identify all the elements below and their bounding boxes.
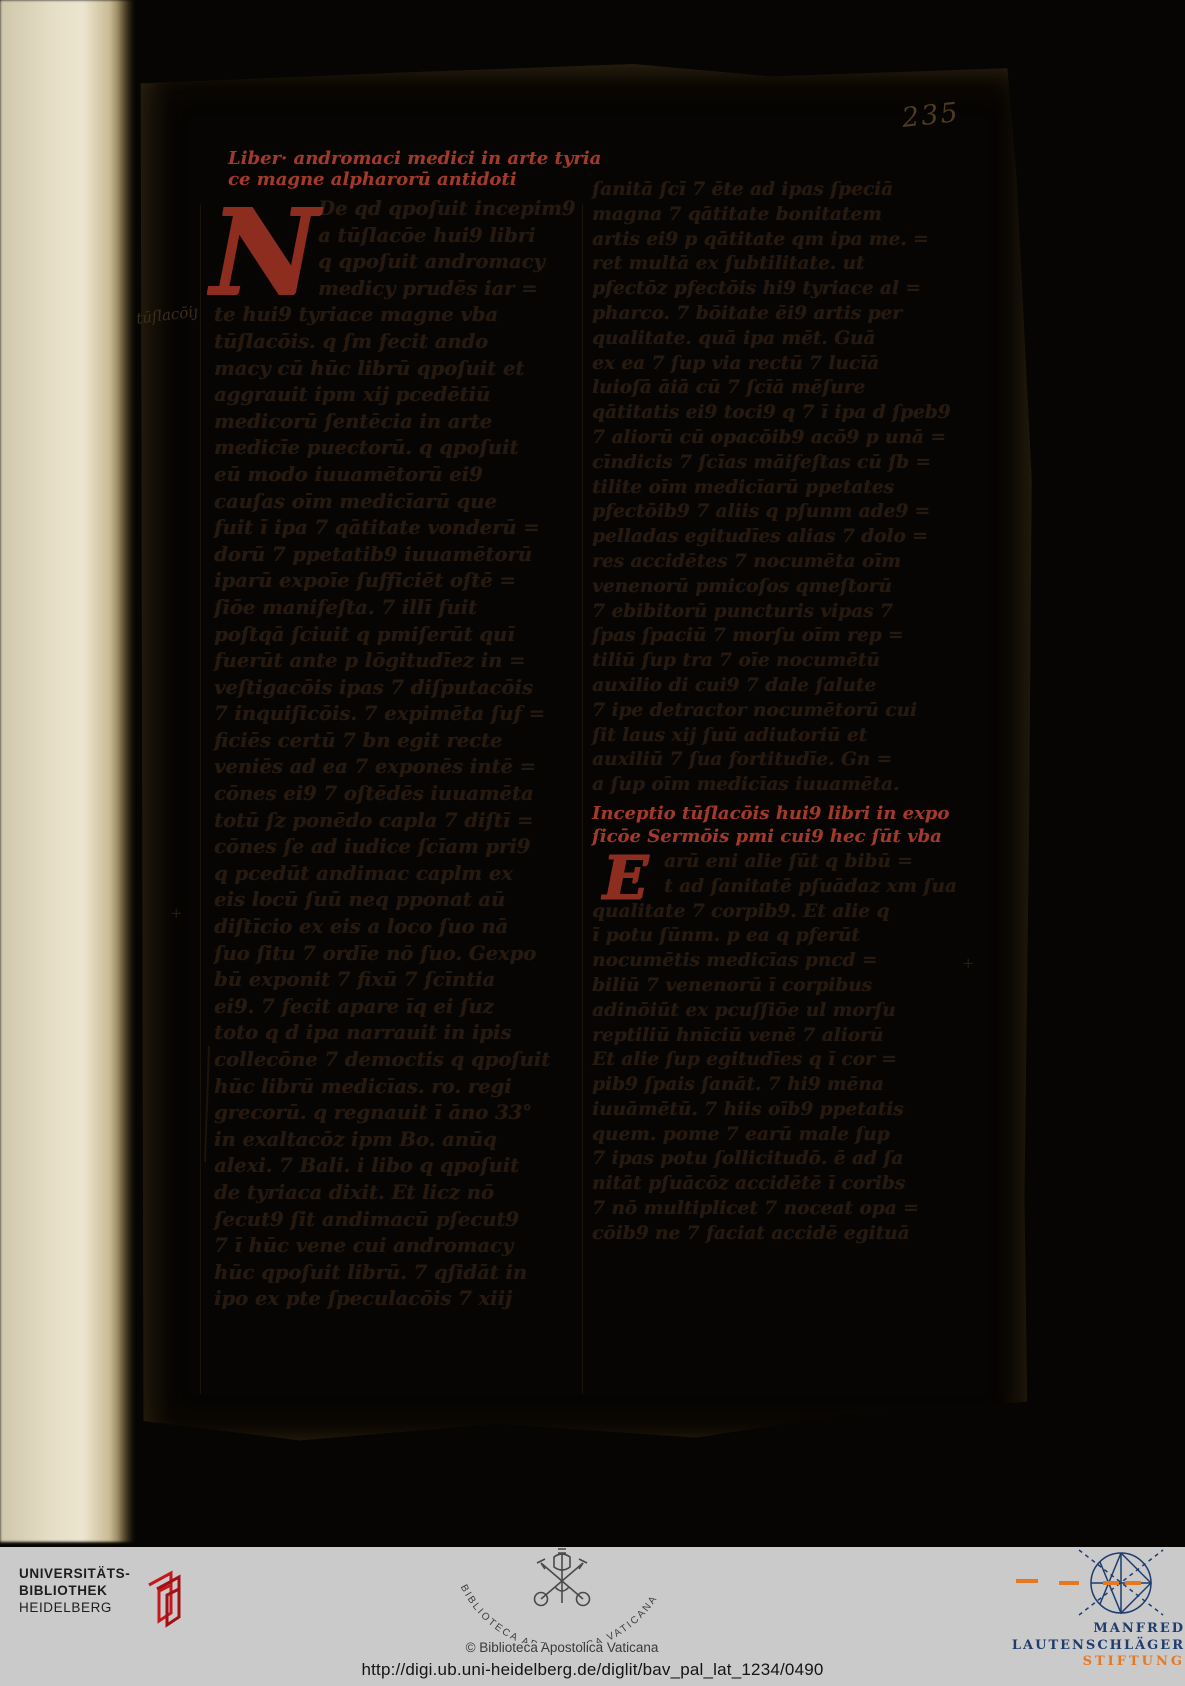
vatican-emblem-block: BIBLIOTECA APOSTOLICA VATICANA © Bibliot… [392, 1547, 732, 1655]
stiftung-line1: MANFRED [1012, 1621, 1185, 1638]
text-column-left: N De qd qpoſuit incepim9a tūſlacōe hui9 … [214, 196, 586, 1313]
stiftung-line2: LAUTENSCHLÄGER [1012, 1638, 1185, 1655]
stiftung-line3: STIFTUNG [1012, 1654, 1185, 1671]
facing-page-edge [0, 0, 134, 1542]
digitized-manuscript-scan: 235 Liber· andromaci medici in arte tyri… [0, 0, 1185, 1686]
svg-text:BIBLIOTECA APOSTOLICA VATICANA: BIBLIOTECA APOSTOLICA VATICANA [458, 1583, 660, 1643]
ruling-line [200, 204, 201, 1394]
folio-number: 235 [901, 97, 961, 134]
margin-cross-mark: + [170, 904, 183, 922]
text-column-right: ſanitā ſcī 7 ēte ad ipas ſpeciāmagna 7 q… [592, 178, 1052, 1247]
right-column-block1: ſanitā ſcī 7 ēte ad ipas ſpeciāmagna 7 q… [592, 178, 1052, 798]
library-name-line1: UNIVERSITÄTS- [19, 1565, 130, 1582]
right-column-block2-lines: arū eni alie ſūt q bibū =t ad ſanitatē p… [592, 850, 1052, 1247]
library-name-line3: HEIDELBERG [19, 1599, 130, 1616]
chapter-rubric: Inceptio tūſlacōis hui9 libri in expoſic… [592, 802, 1052, 848]
vatican-keys-icon: BIBLIOTECA APOSTOLICA VATICANA [437, 1547, 687, 1643]
stiftung-name: MANFRED LAUTENSCHLÄGER STIFTUNG [1012, 1621, 1185, 1671]
compass-circle-icon [1059, 1549, 1169, 1617]
heidelberg-book-icon [141, 1569, 193, 1633]
right-column-block2: E arū eni alie ſūt q bibū =t ad ſanitatē… [592, 850, 1052, 1247]
orange-dash-icon [1016, 1579, 1038, 1583]
decorated-initial-E: E [590, 852, 660, 906]
heidelberg-library-logo: UNIVERSITÄTS- BIBLIOTHEK HEIDELBERG [19, 1565, 130, 1616]
footer-bar: UNIVERSITÄTS- BIBLIOTHEK HEIDELBERG BIBL… [0, 1547, 1185, 1686]
decorated-initial-N: N [210, 200, 314, 316]
left-column-lines: De qd qpoſuit incepim9a tūſlacōe hui9 li… [214, 196, 586, 1313]
lautenschlaeger-logo-block: MANFRED LAUTENSCHLÄGER STIFTUNG [925, 1547, 1185, 1686]
library-name-line2: BIBLIOTHEK [19, 1582, 130, 1599]
